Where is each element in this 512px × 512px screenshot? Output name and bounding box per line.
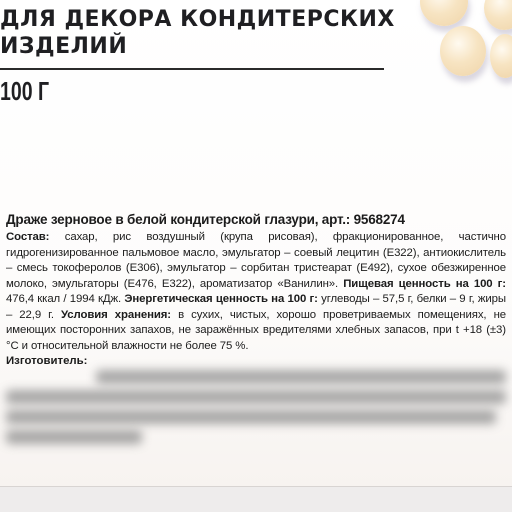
table-surface bbox=[0, 486, 512, 512]
energy-label: Энергетическая ценность на 100 г: bbox=[124, 293, 317, 305]
nutrition-label: Пищевая ценность на 100 г: bbox=[343, 278, 506, 290]
manufacturer-block: Изготовитель: bbox=[6, 354, 506, 370]
title-divider bbox=[0, 68, 384, 70]
title-line-2: ИЗДЕЛИЙ bbox=[0, 33, 395, 60]
composition-label: Состав: bbox=[6, 231, 49, 243]
composition-block: Состав: сахар, рис воздушный (крупа рисо… bbox=[6, 230, 506, 354]
nutrition-text: 476,4 ккал / 1994 кДж. bbox=[6, 293, 121, 305]
net-weight: 100 Г bbox=[0, 76, 49, 107]
product-name: Драже зерновое в белой кондитерской глаз… bbox=[6, 211, 506, 229]
label-title: ДЛЯ ДЕКОРА КОНДИТЕРСКИХ ИЗДЕЛИЙ bbox=[0, 6, 395, 60]
title-line-1: ДЛЯ ДЕКОРА КОНДИТЕРСКИХ bbox=[0, 6, 395, 33]
product-info: Драже зерновое в белой кондитерской глаз… bbox=[6, 211, 506, 370]
manufacturer-label: Изготовитель: bbox=[6, 355, 87, 367]
storage-label: Условия хранения: bbox=[61, 309, 171, 321]
product-label: ДЛЯ ДЕКОРА КОНДИТЕРСКИХ ИЗДЕЛИЙ 100 Г Др… bbox=[0, 0, 512, 488]
